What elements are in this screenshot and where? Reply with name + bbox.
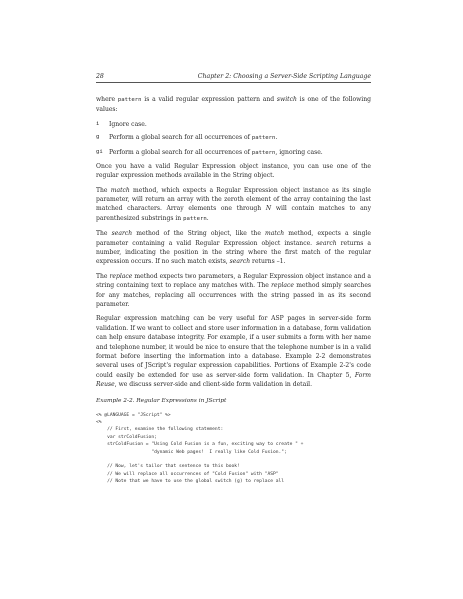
switch-item-gi: gi Perform a global search for all occur… [96,148,371,158]
running-header: 28 Chapter 2: Choosing a Server-Side Scr… [96,73,371,83]
intro-paragraph: where pattern is a valid regular express… [96,95,371,115]
switch-key: i [96,120,109,129]
switch-desc: Perform a global search for all occurren… [109,148,323,158]
switch-desc: Ignore case. [109,120,147,129]
paragraph-methods: Once you have a valid Regular Expression… [96,162,371,181]
chapter-title: Chapter 2: Choosing a Server-Side Script… [198,73,371,80]
switch-key: gi [96,148,109,158]
paragraph-replace: The replace method expects two parameter… [96,272,371,309]
switch-item-g: g Perform a global search for all occurr… [96,133,371,143]
page-number: 28 [96,73,104,80]
code-listing: <% @LANGUAGE = "JScript" %> <% // First,… [96,412,371,486]
switch-key: g [96,133,109,143]
example-caption: Example 2-2. Regular Expressions in JScr… [96,397,371,406]
paragraph-match: The match method, which expects a Regula… [96,186,371,224]
switch-desc: Perform a global search for all occurren… [109,133,277,143]
page-body: where pattern is a valid regular express… [96,95,371,486]
code-switch: switch [277,96,297,103]
paragraph-validation: Regular expression matching can be very … [96,314,371,389]
switch-list: i Ignore case. g Perform a global search… [96,120,371,158]
paragraph-search: The search method of the String object, … [96,229,371,266]
code-pattern: pattern [118,97,142,103]
switch-item-i: i Ignore case. [96,120,371,129]
